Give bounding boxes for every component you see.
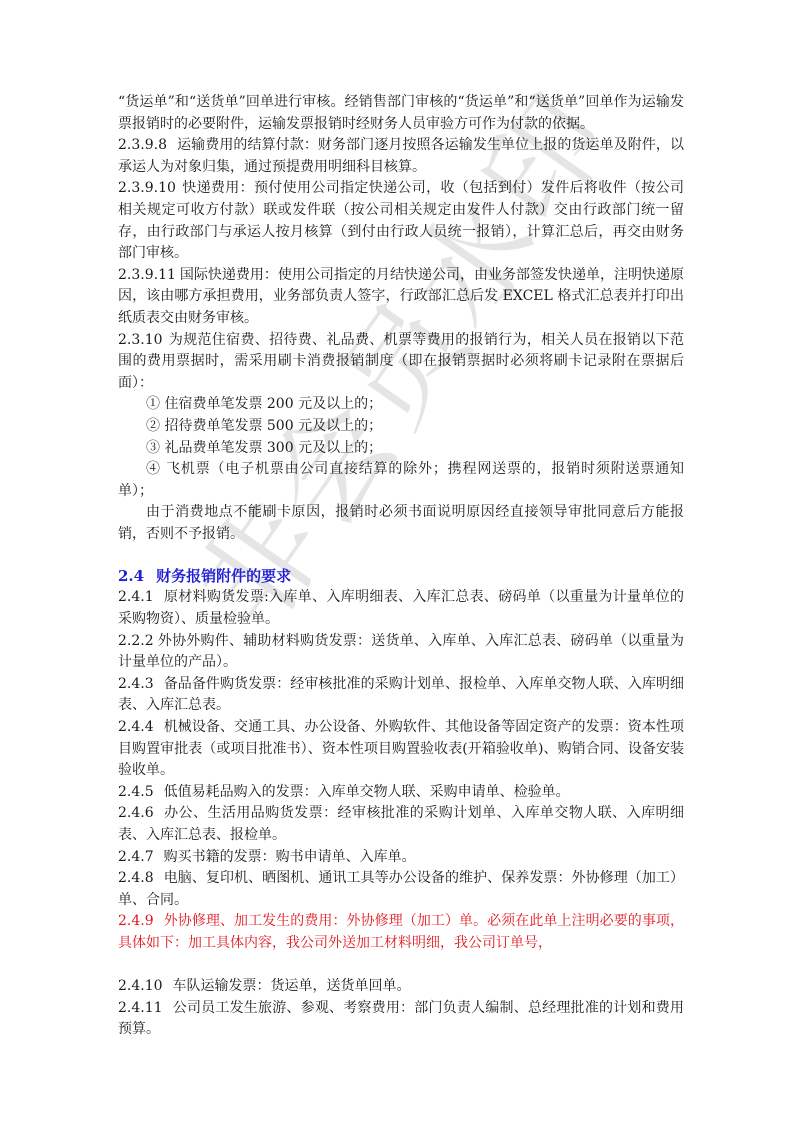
clause-number: 2.4.6 — [118, 805, 154, 821]
section-number: 2.4 — [118, 567, 144, 585]
clause-text: 外协外购件、辅助材料购货发票：送货单、入库单、入库汇总表、磅码单（以重量为计量单… — [118, 633, 684, 671]
paragraph-text: 快递费用：预付使用公司指定快递公司，收（包括到付）发件后将收件（按公司相关规定可… — [118, 180, 684, 261]
note-paragraph: 由于消费地点不能刷卡原因，报销时必须书面说明原因经直接领导审批同意后方能报销，否… — [118, 502, 684, 545]
clause-number: 2.3.9.8 — [118, 137, 167, 153]
paragraph: “货运单”和“送货单”回单进行审核。经销售部门审核的“货运单”和“送货单”回单作… — [118, 92, 684, 135]
clause-2-4-6: 2.4.6办公、生活用品购货发票：经审核批准的采购计划单、入库单交物人联、入库明… — [118, 803, 684, 846]
clause-number: 2.4.9 — [118, 913, 154, 929]
clause-2-4-10: 2.4.10车队运输发票：货运单，送货单回单。 — [118, 976, 684, 998]
section-heading: 2.4财务报销附件的要求 — [118, 565, 684, 587]
paragraph-2-3-9-10: 2.3.9.10快递费用：预付使用公司指定快递公司，收（包括到付）发件后将收件（… — [118, 178, 684, 264]
clause-number: 2.4.4 — [118, 719, 154, 735]
clause-2-4-9-highlighted: 2.4.9外协修理、加工发生的费用：外协修理（加工）单。必须在此单上注明必要的事… — [118, 911, 684, 954]
clause-number: 2.2.2 — [118, 633, 154, 649]
clause-2-4-3: 2.4.3备品备件购货发票：经审核批准的采购计划单、报检单、入库单交物人联、入库… — [118, 674, 684, 717]
clause-2-4-8: 2.4.8电脑、复印机、晒图机、通讯工具等办公设备的维护、保养发票：外协修理（加… — [118, 868, 684, 911]
blank-line — [118, 955, 684, 977]
clause-number: 2.4.5 — [118, 784, 154, 800]
clause-text: 外协修理、加工发生的费用：外协修理（加工）单。必须在此单上注明必要的事项，具体如… — [118, 913, 684, 951]
document-page: “货运单”和“送货单”回单进行审核。经销售部门审核的“货运单”和“送货单”回单作… — [118, 92, 684, 1041]
list-item: ② 招待费单笔发票 500 元及以上的； — [118, 416, 684, 438]
clause-text: 原材料购货发票:入库单、入库明细表、入库汇总表、磅码单（以重量为计量单位的采购物… — [118, 589, 684, 627]
paragraph-text: 国际快递费用：使用公司指定的月结快递公司，由业务部签发快递单，注明快递原因，该由… — [118, 267, 684, 326]
list-item: ③ 礼品费单笔发票 300 元及以上的； — [118, 438, 684, 460]
paragraph-2-3-10: 2.3.10为规范住宿费、招待费、礼品费、机票等费用的报销行为，相关人员在报销以… — [118, 330, 684, 395]
paragraph-text: 为规范住宿费、招待费、礼品费、机票等费用的报销行为，相关人员在报销以下范围的费用… — [118, 332, 684, 391]
clause-number: 2.4.7 — [118, 849, 154, 865]
clause-number: 2.4.10 — [118, 978, 163, 994]
section-title: 财务报销附件的要求 — [156, 567, 291, 585]
clause-text: 车队运输发票：货运单，送货单回单。 — [173, 978, 411, 994]
clause-number: 2.4.3 — [118, 676, 154, 692]
clause-number: 2.4.8 — [118, 870, 154, 886]
clause-number: 2.3.9.11 — [118, 267, 176, 283]
clause-2-4-1: 2.4.1原材料购货发票:入库单、入库明细表、入库汇总表、磅码单（以重量为计量单… — [118, 587, 684, 630]
clause-number: 2.3.10 — [118, 332, 163, 348]
clause-text: 购买书籍的发票：购书申请单、入库单。 — [164, 849, 416, 865]
paragraph-2-3-9-11: 2.3.9.11国际快递费用：使用公司指定的月结快递公司，由业务部签发快递单，注… — [118, 265, 684, 330]
clause-2-4-4: 2.4.4机械设备、交通工具、办公设备、外购软件、其他设备等固定资产的发票：资本… — [118, 717, 684, 782]
list-item: ① 住宿费单笔发票 200 元及以上的； — [118, 394, 684, 416]
clause-2-4-7: 2.4.7购买书籍的发票：购书申请单、入库单。 — [118, 847, 684, 869]
clause-number: 2.3.9.10 — [118, 180, 176, 196]
clause-2-4-5: 2.4.5低值易耗品购入的发票：入库单交物人联、采购申请单、检验单。 — [118, 782, 684, 804]
paragraph-2-3-9-8: 2.3.9.8运输费用的结算付款：财务部门逐月按照各运输发生单位上报的货运单及附… — [118, 135, 684, 178]
clause-text: 电脑、复印机、晒图机、通讯工具等办公设备的维护、保养发票：外协修理（加工）单、合… — [118, 870, 684, 908]
clause-text: 低值易耗品购入的发票：入库单交物人联、采购申请单、检验单。 — [164, 784, 570, 800]
paragraph-text: “货运单”和“送货单”回单进行审核。经销售部门审核的“货运单”和“送货单”回单作… — [118, 94, 684, 132]
clause-number: 2.4.11 — [118, 1000, 163, 1016]
paragraph-text: 运输费用的结算付款：财务部门逐月按照各运输发生单位上报的货运单及附件，以承运人为… — [118, 137, 684, 175]
clause-2-4-11: 2.4.11公司员工发生旅游、参观、考察费用：部门负责人编制、总经理批准的计划和… — [118, 998, 684, 1041]
list-item: ④ 飞机票（电子机票由公司直接结算的除外；携程网送票的，报销时须附送票通知单）； — [118, 459, 684, 502]
clause-2-2-2: 2.2.2外协外购件、辅助材料购货发票：送货单、入库单、入库汇总表、磅码单（以重… — [118, 631, 684, 674]
clause-text: 机械设备、交通工具、办公设备、外购软件、其他设备等固定资产的发票：资本性项目购置… — [118, 719, 684, 778]
clause-text: 备品备件购货发票：经审核批准的采购计划单、报检单、入库单交物人联、入库明细表、入… — [118, 676, 684, 714]
clause-text: 办公、生活用品购货发票：经审核批准的采购计划单、入库单交物人联、入库明细表、入库… — [118, 805, 684, 843]
clause-text: 公司员工发生旅游、参观、考察费用：部门负责人编制、总经理批准的计划和费用预算。 — [118, 1000, 684, 1038]
clause-number: 2.4.1 — [118, 589, 154, 605]
